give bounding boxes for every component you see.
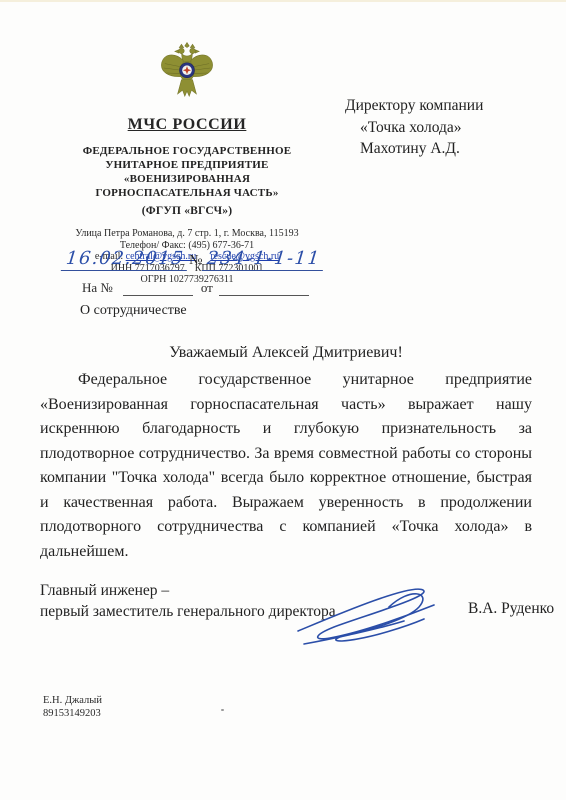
org-line: УНИТАРНОЕ ПРЕДПРИЯТИЕ <box>36 158 338 172</box>
scanned-letter-page: МЧС РОССИИ ФЕДЕРАЛЬНОЕ ГОСУДАРСТВЕННОЕ У… <box>0 0 566 800</box>
signer-name: В.А. Руденко <box>468 600 554 618</box>
ministry-title: МЧС РОССИИ <box>36 116 338 134</box>
letter-body-paragraph: Федеральное государственное унитарное пр… <box>40 368 532 564</box>
org-line: ГОРНОСПАСАТЕЛЬНАЯ ЧАСТЬ» <box>36 186 338 200</box>
recipient-name: Махотину А.Д. <box>345 138 483 160</box>
recipient-block: Директору компании «Точка холода» Махоти… <box>345 95 483 160</box>
executor-footer: Е.Н. Джалый 89153149203 <box>43 694 102 720</box>
executor-name: Е.Н. Джалый <box>43 694 102 707</box>
executor-phone: 89153149203 <box>43 707 102 720</box>
salutation: Уважаемый Алексей Дмитриевич! <box>40 344 532 362</box>
organization-name: ФЕДЕРАЛЬНОЕ ГОСУДАРСТВЕННОЕ УНИТАРНОЕ ПР… <box>36 144 338 218</box>
letter-subject: О сотрудничестве <box>80 303 187 319</box>
recipient-position: Директору компании <box>345 95 483 117</box>
scan-dot-artifact <box>221 709 224 711</box>
org-line: «ВОЕНИЗИРОВАННАЯ <box>36 172 338 186</box>
mchs-eagle-emblem-icon <box>159 42 215 104</box>
na-number-label: На № <box>82 280 113 295</box>
blank-incoming-date-field <box>219 283 309 296</box>
incoming-reference-row: На №от <box>82 280 309 296</box>
org-abbreviation: (ФГУП «ВГСЧ») <box>36 204 338 218</box>
handwritten-signature-icon <box>292 577 442 647</box>
blank-incoming-number-field <box>123 283 193 296</box>
ot-label: от <box>201 280 213 295</box>
handwritten-date: 16.02.2015 <box>61 248 189 271</box>
scan-edge-artifact <box>0 0 566 2</box>
org-line: ФЕДЕРАЛЬНОЕ ГОСУДАРСТВЕННОЕ <box>36 144 338 158</box>
recipient-company: «Точка холода» <box>345 117 483 139</box>
outgoing-reference-row: 16.02.2015 № 234-1-1-11 <box>62 248 325 271</box>
postal-address: Улица Петра Романова, д. 7 стр. 1, г. Мо… <box>36 228 338 240</box>
handwritten-outgoing-number: 234-1-1-11 <box>202 248 326 271</box>
